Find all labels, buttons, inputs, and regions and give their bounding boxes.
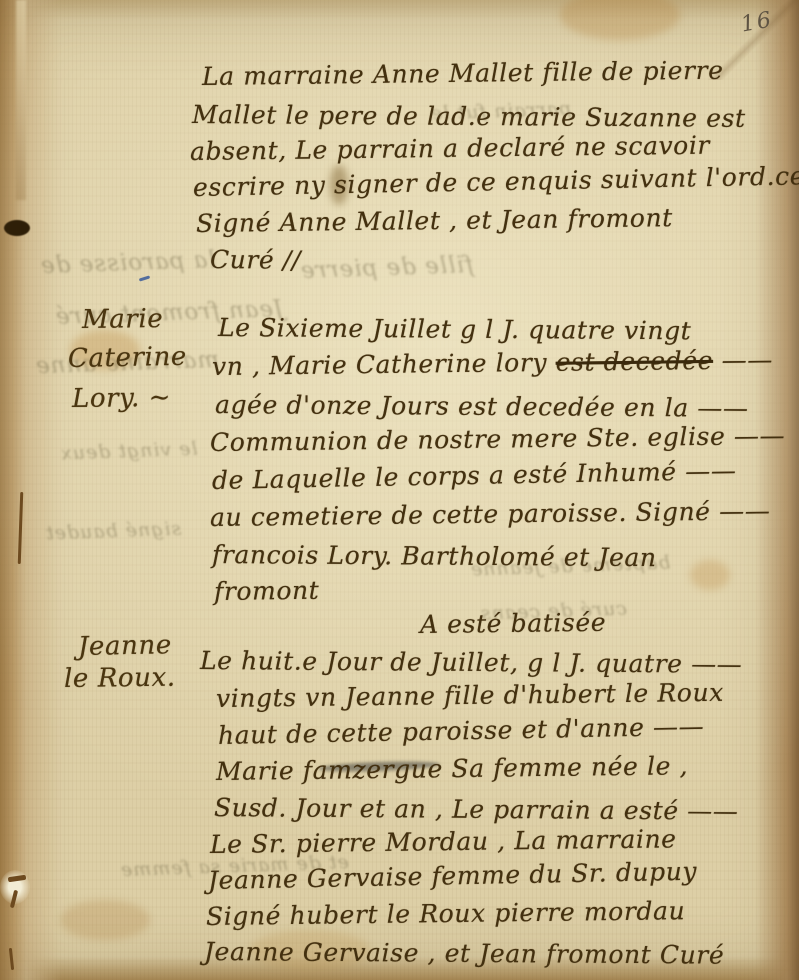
struck-text: est decedée — [556, 346, 714, 377]
record-line: Signé hubert le Roux pierre mordau — [206, 896, 686, 931]
record-line: Signé Anne Mallet , et Jean fromont — [196, 203, 673, 238]
binding-stitch — [9, 948, 14, 970]
record-line: au cemetiere de cette paroisse. Signé —— — [210, 496, 771, 532]
record-line: fromont — [214, 576, 320, 606]
record-line: Mallet le pere de lad.e marie Suzanne es… — [192, 100, 746, 133]
record-text: vn , Marie Catherine lory — [212, 348, 556, 381]
record-heading: A esté batisée — [420, 608, 607, 639]
binding-crease — [16, 0, 26, 200]
ink-blot — [4, 220, 30, 236]
binding-stitch — [18, 492, 24, 564]
manuscript-page: la paroisse de Jean fromont curé marrain… — [0, 0, 799, 980]
bleedthrough-text: signé baudet — [45, 518, 182, 545]
margin-name-line: Lory. ~ — [72, 383, 171, 414]
paper-stain — [560, 0, 680, 40]
record-line: Le huit.e Jour de Juillet, g l J. quatre… — [200, 646, 743, 679]
record-line: vingts vn Jeanne fille d'hubert le Roux — [216, 678, 724, 713]
margin-name-line: Jeanne — [78, 630, 172, 662]
record-line: de Laquelle le corps a esté Inhumé —— — [212, 456, 737, 495]
record-line: absent, Le parrain a declaré ne scavoir — [190, 131, 710, 166]
margin-name-line: Caterine — [68, 342, 187, 374]
record-line: francois Lory. Bartholomé et Jean — [212, 540, 657, 572]
record-line: vn , Marie Catherine lory est decedée —— — [212, 345, 773, 381]
record-line: Curé // — [210, 245, 301, 275]
record-line: La marraine Anne Mallet fille de pierre — [202, 56, 724, 91]
paper-stain — [690, 560, 730, 590]
margin-name-line: le Roux. — [64, 663, 176, 694]
record-line: escrire ny signer de ce enquis suivant l… — [193, 161, 799, 202]
record-line: Le Sr. pierre Mordau , La marraine — [210, 824, 677, 859]
record-line: Communion de nostre mere Ste. eglise —— — [210, 421, 785, 457]
bleedthrough-text: fille de pierre — [300, 252, 474, 284]
record-line: Susd. Jour et an , Le parrain a esté —— — [214, 793, 739, 826]
record-text: —— — [713, 345, 773, 375]
record-line: agée d'onze Jours est decedée en la —— — [215, 390, 749, 423]
record-line: haut de cette paroisse et d'anne —— — [218, 712, 705, 750]
record-line: Marie famzergue Sa femme née le , — [216, 751, 688, 786]
bleedthrough-text: la paroisse de — [40, 247, 217, 279]
record-line: Le Sixieme Juillet g l J. quatre vingt — [218, 313, 692, 345]
blue-ink-speck — [139, 275, 150, 281]
paper-stain — [60, 900, 150, 940]
margin-name-line: Marie — [82, 304, 164, 335]
record-line: Jeanne Gervaise , et Jean fromont Curé — [204, 937, 725, 970]
bleedthrough-text: le vingt deux — [60, 438, 198, 465]
